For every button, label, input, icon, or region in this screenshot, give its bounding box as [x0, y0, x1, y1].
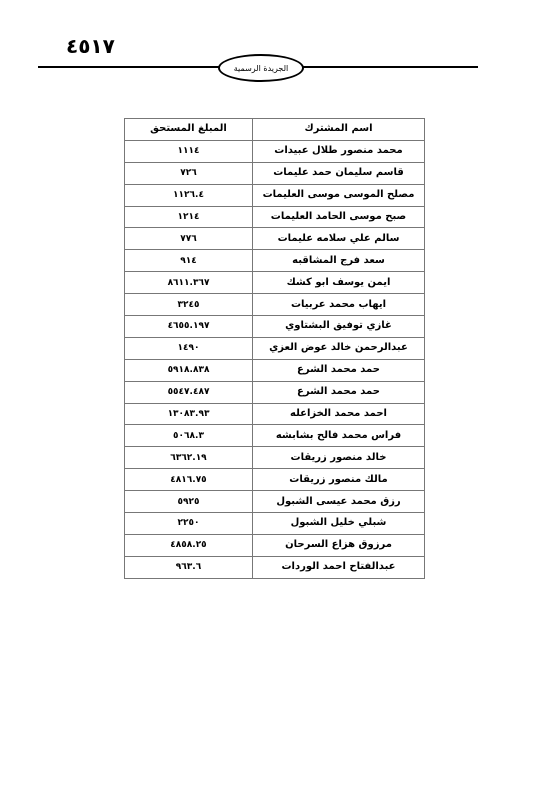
table-row: ايمن يوسف ابو كشك٨٦١١.٣٦٧ — [125, 272, 425, 294]
subscriber-name: احمد محمد الخزاعله — [253, 403, 425, 425]
subscriber-name: ايهاب محمد عربيات — [253, 294, 425, 316]
subscriber-name: عبدالفتاح احمد الوردات — [253, 556, 425, 578]
table-row: حمد محمد الشرع٥٩١٨.٨٣٨ — [125, 359, 425, 381]
amount-due: ٥٥٤٧.٤٨٧ — [125, 381, 253, 403]
table-header-row: اسم المشترك المبلغ المستحق — [125, 119, 425, 141]
subscribers-table-container: اسم المشترك المبلغ المستحق محمد منصور طل… — [124, 118, 424, 579]
amount-due: ٩٦٣.٦ — [125, 556, 253, 578]
amount-due: ٥٩١٨.٨٣٨ — [125, 359, 253, 381]
amount-due: ٧٢٦ — [125, 162, 253, 184]
subscriber-name: فراس محمد فالح بشابشه — [253, 425, 425, 447]
table-row: فراس محمد فالح بشابشه٥٠٦٨.٣ — [125, 425, 425, 447]
table-row: مالك منصور زريقات٤٨١٦.٧٥ — [125, 469, 425, 491]
table-row: رزق محمد عيسى الشبول٥٩٢٥ — [125, 491, 425, 513]
column-header-amount: المبلغ المستحق — [125, 119, 253, 141]
amount-due: ٩١٤ — [125, 250, 253, 272]
subscriber-name: رزق محمد عيسى الشبول — [253, 491, 425, 513]
amount-due: ١٢١٤ — [125, 206, 253, 228]
subscriber-name: ايمن يوسف ابو كشك — [253, 272, 425, 294]
subscriber-name: سعد فرج المشاقبه — [253, 250, 425, 272]
table-row: ايهاب محمد عربيات٣٢٤٥ — [125, 294, 425, 316]
amount-due: ٣٢٤٥ — [125, 294, 253, 316]
amount-due: ٥٠٦٨.٣ — [125, 425, 253, 447]
publication-title: الجريدة الرسمية — [234, 64, 289, 73]
amount-due: ٢٢٥٠ — [125, 513, 253, 535]
table-row: مصلح الموسى موسى العليمات١١٢٦.٤ — [125, 184, 425, 206]
amount-due: ٦٣٦٢.١٩ — [125, 447, 253, 469]
subscriber-name: محمد منصور طلال عبيدات — [253, 140, 425, 162]
amount-due: ٧٧٦ — [125, 228, 253, 250]
amount-due: ١٤٩٠ — [125, 337, 253, 359]
amount-due: ٤٨١٦.٧٥ — [125, 469, 253, 491]
column-header-name: اسم المشترك — [253, 119, 425, 141]
table-row: احمد محمد الخزاعله١٣٠٨٣.٩٣ — [125, 403, 425, 425]
table-row: سعد فرج المشاقبه٩١٤ — [125, 250, 425, 272]
amount-due: ١٣٠٨٣.٩٣ — [125, 403, 253, 425]
subscriber-name: مصلح الموسى موسى العليمات — [253, 184, 425, 206]
table-row: محمد منصور طلال عبيدات١١١٤ — [125, 140, 425, 162]
table-row: صبح موسى الحامد العليمات١٢١٤ — [125, 206, 425, 228]
subscribers-amounts-table: اسم المشترك المبلغ المستحق محمد منصور طل… — [124, 118, 425, 579]
subscriber-name: قاسم سليمان حمد عليمات — [253, 162, 425, 184]
amount-due: ١١٢٦.٤ — [125, 184, 253, 206]
subscriber-name: صبح موسى الحامد العليمات — [253, 206, 425, 228]
table-row: عبدالرحمن خالد عوض العزي١٤٩٠ — [125, 337, 425, 359]
table-row: مرزوق هزاع السرحان٤٨٥٨.٢٥ — [125, 534, 425, 556]
subscriber-name: مالك منصور زريقات — [253, 469, 425, 491]
table-row: سالم علي سلامه عليمات٧٧٦ — [125, 228, 425, 250]
amount-due: ٨٦١١.٣٦٧ — [125, 272, 253, 294]
subscriber-name: حمد محمد الشرع — [253, 359, 425, 381]
table-row: قاسم سليمان حمد عليمات٧٢٦ — [125, 162, 425, 184]
amount-due: ٤٦٥٥.١٩٧ — [125, 316, 253, 338]
amount-due: ١١١٤ — [125, 140, 253, 162]
amount-due: ٥٩٢٥ — [125, 491, 253, 513]
amount-due: ٤٨٥٨.٢٥ — [125, 534, 253, 556]
table-row: عبدالفتاح احمد الوردات٩٦٣.٦ — [125, 556, 425, 578]
subscriber-name: مرزوق هزاع السرحان — [253, 534, 425, 556]
table-row: غازي توفيق البشتاوي٤٦٥٥.١٩٧ — [125, 316, 425, 338]
subscriber-name: حمد محمد الشرع — [253, 381, 425, 403]
subscriber-name: عبدالرحمن خالد عوض العزي — [253, 337, 425, 359]
table-row: حمد محمد الشرع٥٥٤٧.٤٨٧ — [125, 381, 425, 403]
subscriber-name: خالد منصور زريقات — [253, 447, 425, 469]
subscriber-name: سالم علي سلامه عليمات — [253, 228, 425, 250]
table-row: خالد منصور زريقات٦٣٦٢.١٩ — [125, 447, 425, 469]
subscriber-name: شبلي خليل الشبول — [253, 513, 425, 535]
page-number: ٤٥١٧ — [66, 34, 112, 58]
subscriber-name: غازي توفيق البشتاوي — [253, 316, 425, 338]
table-row: شبلي خليل الشبول٢٢٥٠ — [125, 513, 425, 535]
publication-title-oval: الجريدة الرسمية — [218, 54, 304, 82]
